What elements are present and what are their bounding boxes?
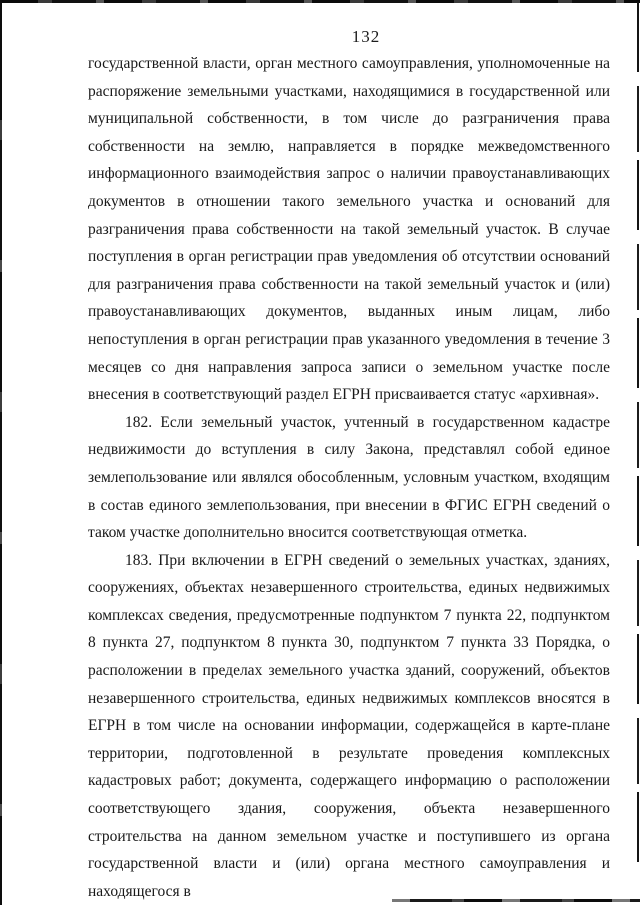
scan-border-left <box>0 0 2 905</box>
scan-border-right <box>637 2 639 868</box>
paragraph-continuation: государственной власти, орган местного с… <box>88 50 610 409</box>
scanned-document-page: 132 государственной власти, орган местно… <box>0 0 640 905</box>
scan-border-top <box>0 0 640 3</box>
page-number: 132 <box>88 27 610 47</box>
paragraph-183: 183. При включении в ЕГРН сведений о зем… <box>88 547 610 905</box>
document-body: государственной власти, орган местного с… <box>88 50 610 905</box>
paragraph-182: 182. Если земельный участок, учтенный в … <box>88 409 610 547</box>
